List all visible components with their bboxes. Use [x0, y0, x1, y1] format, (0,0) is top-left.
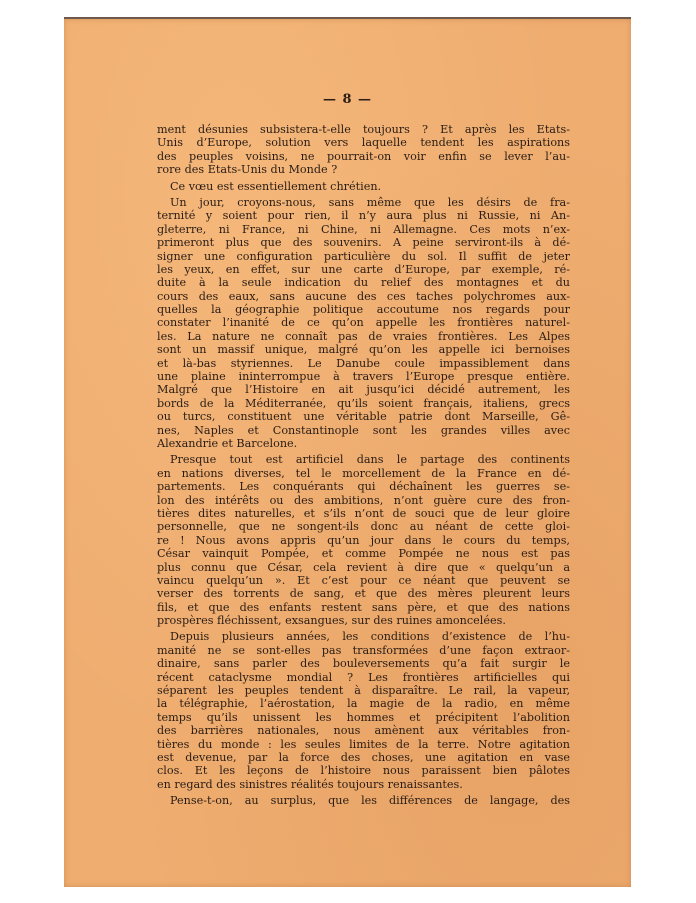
- text-line: Un jour, croyons-nous, sans même que les…: [157, 196, 570, 209]
- text-line: manité ne se sont-elles pas transformées…: [157, 644, 570, 657]
- text-line: lon des intérêts ou des ambitions, n’ont…: [157, 494, 570, 507]
- text-line: et là-bas styriennes. Le Danube coule im…: [157, 357, 570, 370]
- text-line: est devenue, par la force des choses, un…: [157, 751, 570, 764]
- paragraph: ment désunies subsistera-t-elle toujours…: [157, 123, 570, 177]
- text-line: prospères fléchissent, exsangues, sur de…: [157, 614, 570, 627]
- text-line: signer une configuration particulière du…: [157, 250, 570, 263]
- text-line: bords de la Méditerranée, qu’ils soient …: [157, 397, 570, 410]
- text-line: ou turcs, constituent une véritable patr…: [157, 410, 570, 423]
- paragraph: Un jour, croyons-nous, sans même que les…: [157, 196, 570, 450]
- text-line: ternité y soient pour rien, il n’y aura …: [157, 209, 570, 222]
- text-line: Alexandrie et Barcelone.: [157, 437, 570, 450]
- paragraph: Presque tout est artificiel dans le part…: [157, 453, 570, 627]
- text-line: récent cataclysme mondial ? Les frontièr…: [157, 671, 570, 684]
- text-line: quelles la géographie politique accoutum…: [157, 303, 570, 316]
- text-line: cours des eaux, sans aucune des ces tach…: [157, 290, 570, 303]
- text-line: César vainquit Pompée, et comme Pompée n…: [157, 547, 570, 560]
- text-line: temps qu’ils unissent les hommes et préc…: [157, 711, 570, 724]
- page-number: — 8 —: [64, 92, 631, 107]
- text-line: nes, Naples et Constantinople sont les g…: [157, 424, 570, 437]
- text-line: en regard des sinistres réalités toujour…: [157, 778, 570, 791]
- text-line: personnelle, que ne songent-ils donc au …: [157, 520, 570, 533]
- text-line: partements. Les conquérants qui déchaîne…: [157, 480, 570, 493]
- text-line: primeront plus que des souvenirs. A pein…: [157, 236, 570, 249]
- text-line: en nations diverses, tel le morcellement…: [157, 467, 570, 480]
- paragraph: Depuis plusieurs années, les conditions …: [157, 630, 570, 791]
- text-line: gleterre, ni France, ni Chine, ni Allema…: [157, 223, 570, 236]
- text-line: Presque tout est artificiel dans le part…: [157, 453, 570, 466]
- paragraph: Pense-t-on, au surplus, que les différen…: [157, 794, 570, 807]
- text-line: vaincu quelqu’un ». Et c’est pour ce néa…: [157, 574, 570, 587]
- text-line: duite à la seule indication du relief de…: [157, 276, 570, 289]
- text-line: rore des Etats-Unis du Monde ?: [157, 163, 570, 176]
- text-line: Depuis plusieurs années, les conditions …: [157, 630, 570, 643]
- text-line: clos. Et les leçons de l’histoire nous p…: [157, 764, 570, 777]
- text-line: constater l’inanité de ce qu’on appelle …: [157, 316, 570, 329]
- text-line: des peuples voisins, ne pourrait-on voir…: [157, 150, 570, 163]
- text-line: séparent les peuples tendent à disparaît…: [157, 684, 570, 697]
- text-line: re ! Nous avons appris qu’un jour dans l…: [157, 534, 570, 547]
- text-line: Unis d’Europe, solution vers laquelle te…: [157, 136, 570, 149]
- text-line: des barrières nationales, nous amènent a…: [157, 724, 570, 737]
- text-line: la télégraphie, l’aérostation, la magie …: [157, 697, 570, 710]
- text-line: tières du monde : les seules limites de …: [157, 738, 570, 751]
- text-line: tières dites naturelles, et s’ils n’ont …: [157, 507, 570, 520]
- text-line: fils, et que des enfants restent sans pè…: [157, 601, 570, 614]
- paragraph: Ce vœu est essentiellement chrétien.: [157, 180, 570, 193]
- text-line: les yeux, en effet, sur une carte d’Euro…: [157, 263, 570, 276]
- text-line: ment désunies subsistera-t-elle toujours…: [157, 123, 570, 136]
- text-line: une plaine ininterrompue à travers l’Eur…: [157, 370, 570, 383]
- text-line: Ce vœu est essentiellement chrétien.: [157, 180, 570, 193]
- text-line: Pense-t-on, au surplus, que les différen…: [157, 794, 570, 807]
- text-line: Malgré que l’Histoire en ait jusqu’ici d…: [157, 383, 570, 396]
- text-line: sont un massif unique, malgré qu’on les …: [157, 343, 570, 356]
- text-line: les. La nature ne connaît pas de vraies …: [157, 330, 570, 343]
- book-page: — 8 — ment désunies subsistera-t-elle to…: [64, 17, 631, 887]
- text-line: verser des torrents de sang, et que des …: [157, 587, 570, 600]
- text-line: dinaire, sans parler des bouleversements…: [157, 657, 570, 670]
- body-text: ment désunies subsistera-t-elle toujours…: [157, 123, 570, 811]
- text-line: plus connu que César, cela revient à dir…: [157, 561, 570, 574]
